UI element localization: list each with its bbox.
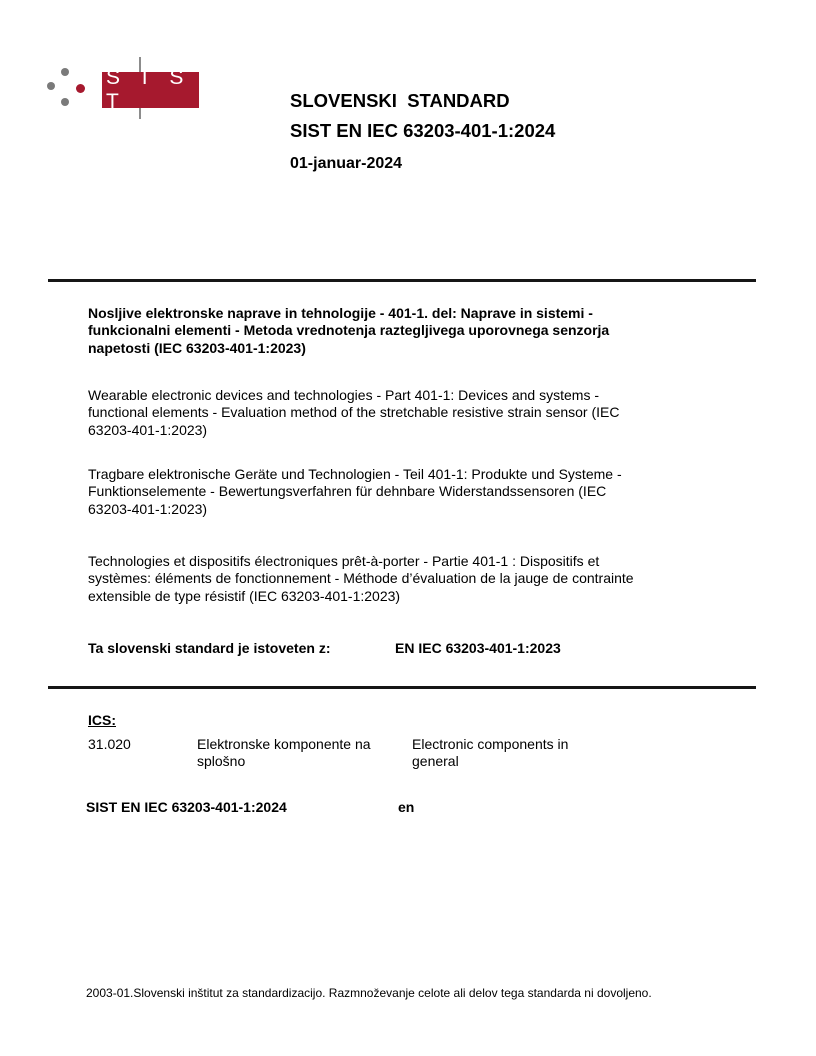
header-standard-id: SIST EN IEC 63203-401-1:2024 xyxy=(290,116,555,146)
standard-cover-page: S I S T SLOVENSKI STANDARD SIST EN IEC 6… xyxy=(0,0,816,1056)
reference-language: en xyxy=(398,799,414,815)
ics-title-english: Electronic components in general xyxy=(412,736,568,771)
sist-logo: S I S T xyxy=(0,0,220,140)
copyright-notice: 2003-01.Slovenski inštitut za standardiz… xyxy=(86,986,652,1000)
logo-dot-top xyxy=(61,68,69,76)
header-standard-kind: SLOVENSKI STANDARD xyxy=(290,86,555,116)
ics-title-slovenian: Elektronske komponente na splošno xyxy=(197,736,371,771)
logo-text: S I S T xyxy=(106,66,199,114)
ics-code: 31.020 xyxy=(88,736,131,753)
header-block: SLOVENSKI STANDARD SIST EN IEC 63203-401… xyxy=(290,86,555,146)
horizontal-rule-top xyxy=(48,279,756,282)
horizontal-rule-bottom xyxy=(48,686,756,689)
logo-dot-red xyxy=(76,84,85,93)
equivalence-label: Ta slovenski standard je istoveten z: xyxy=(88,640,330,657)
title-slovenian: Nosljive elektronske naprave in tehnolog… xyxy=(88,305,609,357)
title-german: Tragbare elektronische Geräte und Techno… xyxy=(88,466,622,518)
logo-wordmark: S I S T xyxy=(102,72,199,108)
logo-dot-left xyxy=(47,82,55,90)
ics-heading: ICS: xyxy=(88,712,116,728)
logo-dot-bottom xyxy=(61,98,69,106)
publication-date: 01-januar-2024 xyxy=(290,155,402,173)
title-english: Wearable electronic devices and technolo… xyxy=(88,387,619,439)
equivalence-value: EN IEC 63203-401-1:2023 xyxy=(395,640,561,657)
reference-id: SIST EN IEC 63203-401-1:2024 xyxy=(86,799,287,815)
title-french: Technologies et dispositifs électronique… xyxy=(88,553,634,605)
